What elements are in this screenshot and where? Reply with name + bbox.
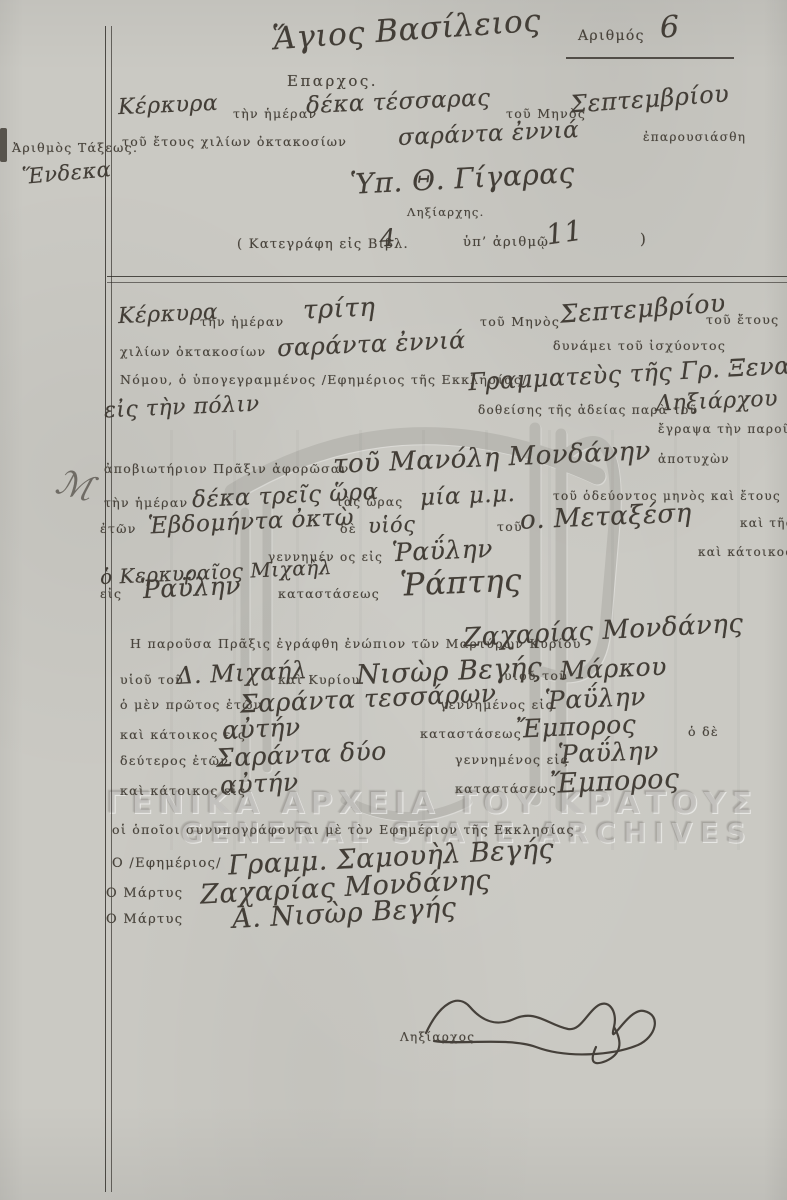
priest-role-label: Ο /Εφημέριος/ <box>112 856 222 871</box>
catalog-number-value: 11 <box>544 214 585 252</box>
registration-month-value: Σεπτεμβρίου <box>569 79 730 118</box>
died-word: ἀποτυχὼν <box>658 452 730 466</box>
witnesses-outro: οἱ ὁποῖοι συνυπογράφονται μὲ τὸν Εφημέρι… <box>112 822 575 837</box>
record-number-label: Αριθμός <box>578 28 645 44</box>
left-double-rule <box>105 26 112 1192</box>
registration-city: Κέρκυρα <box>118 91 219 120</box>
second-status-value: Ἔμπορος <box>549 763 680 800</box>
second-age-label: δεύτερος ἐτῶν <box>120 753 229 768</box>
first-status-label: καταστάσεως <box>420 726 522 741</box>
eparch-title: Επαρχος. <box>287 72 378 90</box>
parish-header: Ἅγιος Βασίλειος <box>271 3 542 58</box>
residence-value: Ῥαΰλην <box>139 571 241 604</box>
son-word: υἱός <box>367 512 415 538</box>
witness2-sonof-label: υἱοῦ τοῦ <box>504 668 568 683</box>
death-act-line: ἀποβιωτήριον Πρᾶξιν ἀφορῶσαν <box>104 461 350 476</box>
record-number-value: 6 <box>659 10 680 46</box>
resident-label: καὶ κάτοικος <box>698 545 787 559</box>
act-law-line: Νόμου, ὁ ὑπογεγραμμένος /Εφημέριος τῆς Ε… <box>120 372 528 387</box>
number-underline <box>566 57 734 59</box>
registrar-flourish-signature <box>418 985 688 1075</box>
registration-year-value: σαράντα ἐννιά <box>398 117 580 151</box>
act-wrote-label: ἔγραψα τὴν παροῦσαν <box>658 422 787 436</box>
act-month-value: Σεπτεμβρίου <box>559 288 726 328</box>
status-label: καταστάσεως <box>278 586 380 601</box>
act-year-value: σαράντα ἐννιά <box>276 326 466 362</box>
second-residence-value: αὐτήν <box>219 767 299 799</box>
second-born-label: γεννημένος εἰς <box>455 752 569 767</box>
second-intro-label: ὁ δὲ <box>688 724 719 739</box>
de-label: δὲ <box>340 521 357 536</box>
registration-day-value: δέκα τέσσαρας <box>306 85 492 119</box>
registration-day-label: τὴν ἡμέραν <box>233 106 317 121</box>
order-number-label: Ἀριθμὸς Τάξεως. <box>12 140 138 155</box>
catalog-suffix: ) <box>640 230 647 248</box>
age-label: ἐτῶν <box>100 521 137 536</box>
registrar-title-top: Ληξίαρχης. <box>407 205 485 219</box>
margin-mark: ℳ <box>52 462 97 510</box>
act-day-label: τὴν ἡμέραν <box>200 314 284 329</box>
witness2-role-label: Ο Μάρτυς <box>106 912 183 927</box>
and-of-label: καὶ τῆς <box>740 516 787 530</box>
order-number-value: Ἕνδεκα <box>21 157 112 189</box>
registrar-signature-top: Ὑπ. Θ. Γίγαρας <box>349 156 575 201</box>
act-month-label: τοῦ Μηνὸς <box>480 314 560 329</box>
presented-label: ἐπαρουσιάσθη <box>643 130 746 144</box>
status-value: Ῥάπτης <box>399 562 522 603</box>
father-name-value: ο. Μεταξέση <box>519 498 692 535</box>
first-born-label: γεννημένος εἰς <box>440 697 554 712</box>
scan-edge-blot <box>0 128 7 162</box>
section-double-rule <box>107 276 787 283</box>
act-day-value: τρίτη <box>302 292 376 325</box>
birthplace-value: Ῥαΰλην <box>391 534 493 567</box>
residence-at-label: εἰς <box>100 586 122 601</box>
father-of-label: τοῦ <box>497 519 523 534</box>
registration-year-label: τοῦ ἔτους χιλίων ὀκτακοσίων <box>122 134 347 149</box>
act-registrar-value: Ληξιάρχου <box>656 386 779 416</box>
witness2-father-value: Μάρκου <box>559 652 667 686</box>
act-year-label: τοῦ ἔτους <box>706 312 779 327</box>
witness1-role-label: Ο Μάρτυς <box>106 886 183 901</box>
witness1-sonof-label: υἱοῦ τοῦ <box>120 672 184 687</box>
act-year-prefix: χιλίων ὀκτακοσίων <box>120 344 266 359</box>
catalog-book-value: 4 <box>379 224 396 253</box>
catalog-mid-label: ὑπ’ ἀριθμῷ <box>463 235 549 250</box>
death-day-label: τὴν ἡμέραν <box>104 495 188 510</box>
death-hours-value: μία μ.μ. <box>419 481 515 511</box>
second-status-label: καταστάσεως <box>455 781 557 796</box>
act-law-right: δυνάμει τοῦ ἰσχύοντος <box>553 338 726 353</box>
scanned-register-page: ΓΕΝΙΚΑ ΑΡΧΕΙΑ ΤΟΥ ΚΡΑΤΟΥΣ GENERAL STATE … <box>0 0 787 1200</box>
